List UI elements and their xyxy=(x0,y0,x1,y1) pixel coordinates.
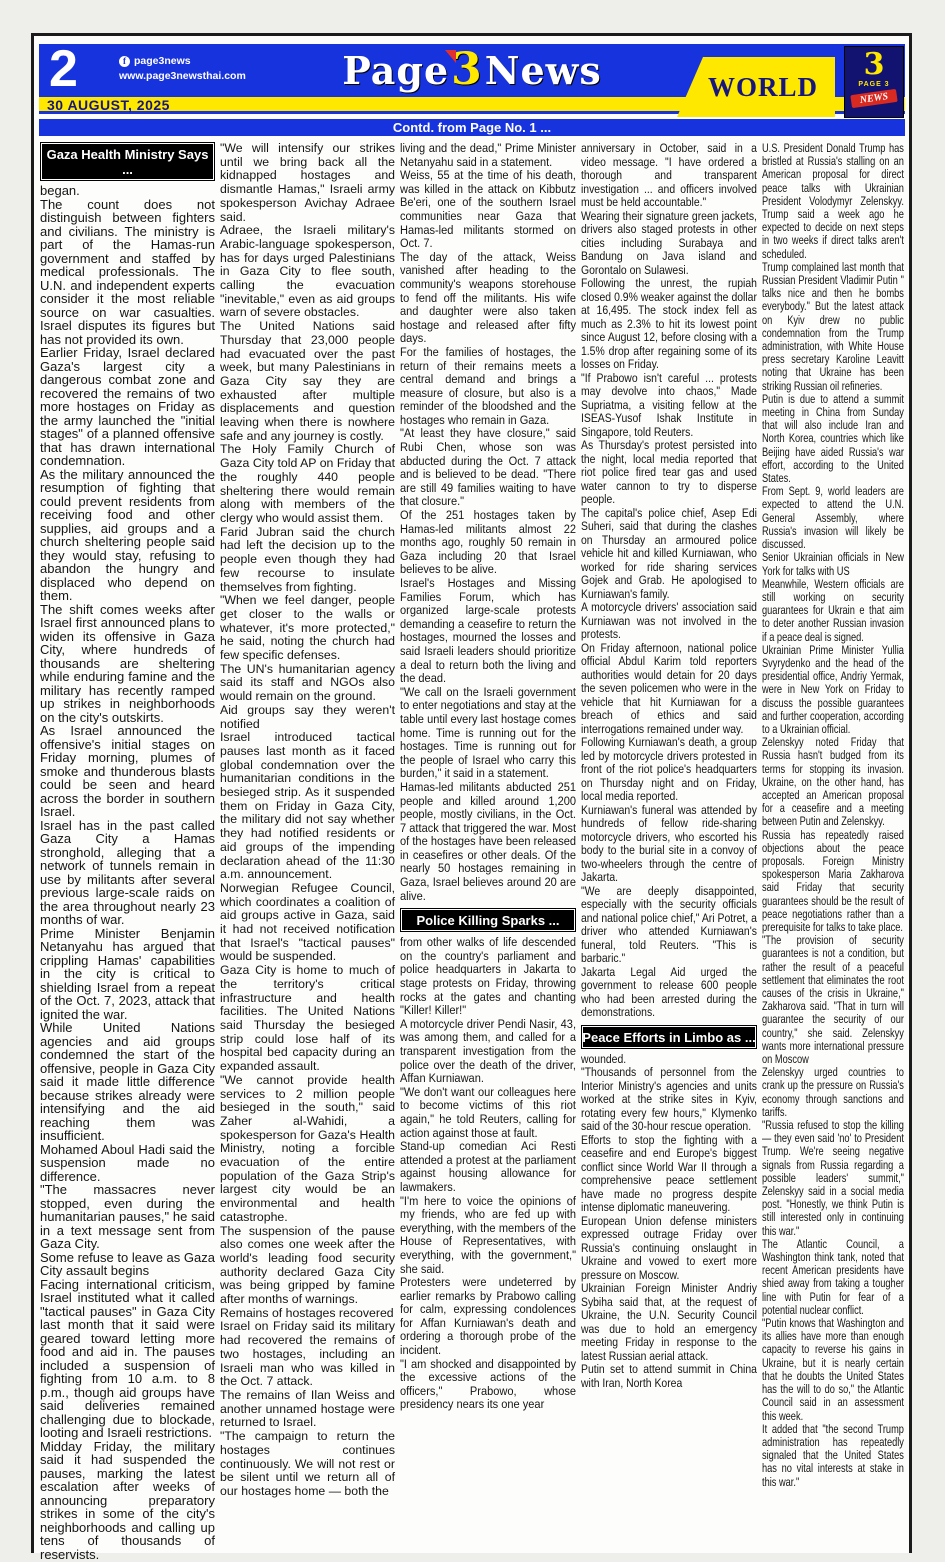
paragraph: Zelenskyy noted Friday that Russia hasn'… xyxy=(762,736,904,828)
masthead-number-3: 3 xyxy=(449,44,485,95)
paragraph: Following the unrest, the rupiah closed … xyxy=(581,277,757,372)
paragraph: Protesters were undeterred by earlier re… xyxy=(400,1276,576,1358)
column-4-body-top: anniversary in October, said in a video … xyxy=(581,142,757,1020)
paragraph: Senior Ukrainian officials in New York f… xyxy=(762,551,904,577)
section-label: WORLD xyxy=(694,72,818,103)
paragraph: As Thursday's protest persisted into the… xyxy=(581,439,757,507)
paragraph: European Union defense ministers express… xyxy=(581,1215,757,1283)
column-5-body: U.S. President Donald Trump has bristled… xyxy=(762,142,904,1489)
paragraph: Zelenskyy urged countries to crank up th… xyxy=(762,1066,904,1119)
paragraph: "The campaign to return the hostages con… xyxy=(220,1430,395,1499)
paragraph: From Sept. 9, world leaders are expected… xyxy=(762,485,904,551)
paragraph: Mohamed Aboul Hadi said the suspension m… xyxy=(40,1143,215,1184)
paragraph: "If Prabowo isn't careful ... protests m… xyxy=(581,372,757,440)
column-3-body-bottom: from other walks of life descended on th… xyxy=(400,936,576,1412)
logo-caption: PAGE 3 xyxy=(845,81,903,88)
paragraph: As the military announced the resumption… xyxy=(40,468,215,603)
paragraph: Some refuse to leave as Gaza City assaul… xyxy=(40,1251,215,1278)
column-4: anniversary in October, said in a video … xyxy=(581,142,757,1390)
paragraph: "The provision of security guarantees is… xyxy=(762,934,904,1066)
paragraph: "Putin knows that Washington and its all… xyxy=(762,1317,904,1423)
paragraph: Israel's Hostages and Missing Families F… xyxy=(400,577,576,686)
column-3: living and the dead," Prime Minister Net… xyxy=(400,142,576,1412)
paragraph: The day of the attack, Weiss vanished af… xyxy=(400,251,576,346)
paragraph: "Thousands of personnel from the Interio… xyxy=(581,1066,757,1134)
paragraph: Kurniawan's funeral was attended by hund… xyxy=(581,804,757,885)
article-columns: Gaza Health Ministry Says ... began.The … xyxy=(39,142,905,1531)
newspaper-page-frame: 2 f page3news www.page3newsthai.com Page… xyxy=(31,33,912,1531)
paragraph: The United Nations said Thursday that 23… xyxy=(220,320,395,443)
paragraph: A motorcycle drivers' association said K… xyxy=(581,601,757,642)
paragraph: Russia has repeatedly raised objections … xyxy=(762,829,904,935)
paragraph: Gaza City is home to much of the territo… xyxy=(220,964,395,1074)
paragraph: The suspension of the pause also comes o… xyxy=(220,1225,395,1307)
paragraph: wounded. xyxy=(581,1053,757,1067)
paragraph: Farid Jubran said the church had left th… xyxy=(220,526,395,595)
column-4-body-bottom: wounded."Thousands of personnel from the… xyxy=(581,1053,757,1391)
paragraph: "We call on the Israeli government to en… xyxy=(400,686,576,781)
paragraph: It added that "the second Trump administ… xyxy=(762,1423,904,1489)
masthead-part1: Page xyxy=(342,48,449,93)
column-1: Gaza Health Ministry Says ... began.The … xyxy=(40,142,215,1531)
column-2-body: "We will intensify our strikes until we … xyxy=(220,142,395,1499)
paragraph: Hamas-led militants abducted 251 people … xyxy=(400,781,576,903)
paragraph: The capital's police chief, Asep Edi Suh… xyxy=(581,507,757,602)
paragraph: As Israel announced the offensive's init… xyxy=(40,724,215,819)
paragraph: Adraee, the Israeli military's Arabic-la… xyxy=(220,224,395,320)
section-world-banner: WORLD xyxy=(677,57,835,117)
paragraph: Jakarta Legal Aid urged the government t… xyxy=(581,966,757,1020)
paragraph: While United Nations agencies and aid gr… xyxy=(40,1021,215,1143)
paragraph: Of the 251 hostages taken by Hamas-led m… xyxy=(400,509,576,577)
paragraph: "We are deeply disappointed, especially … xyxy=(581,885,757,966)
paragraph: Facing international criticism, Israel i… xyxy=(40,1278,215,1440)
paragraph: began. xyxy=(40,184,215,198)
paragraph: Prime Minister Benjamin Netanyahu has ar… xyxy=(40,927,215,1022)
paragraph: "I'm here to voice the opinions of my fr… xyxy=(400,1195,576,1277)
paragraph: Norwegian Refugee Council, which coordin… xyxy=(220,882,395,964)
paragraph: Israel on Friday said its military had r… xyxy=(220,1320,395,1389)
logo-number: 3 xyxy=(845,49,903,81)
paragraph: Following Kurniawan's death, a group led… xyxy=(581,736,757,804)
paragraph: The shift comes weeks after Israel first… xyxy=(40,603,215,725)
paragraph: The remains of Ilan Weiss and another un… xyxy=(220,1389,395,1430)
paragraph: The Holy Family Church of Gaza City told… xyxy=(220,443,395,525)
paragraph: Weiss, 55 at the time of his death, was … xyxy=(400,169,576,251)
column-2: "We will intensify our strikes until we … xyxy=(220,142,395,1499)
paragraph: For the families of hostages, the return… xyxy=(400,346,576,428)
paragraph: Israel has in the past called Gaza City … xyxy=(40,819,215,927)
paragraph: "We don't want our colleagues here to be… xyxy=(400,1086,576,1140)
paragraph: Aid groups say they weren't notified xyxy=(220,704,395,731)
paragraph: The Atlantic Council, a Washington think… xyxy=(762,1238,904,1317)
paragraph: Trump complained last month that Russian… xyxy=(762,261,904,393)
column-1-section-header: Gaza Health Ministry Says ... xyxy=(40,142,215,181)
paragraph: "I am shocked and disappointed by the ex… xyxy=(400,1358,576,1412)
column-1-body: began.The count does not distinguish bet… xyxy=(40,184,215,1531)
paragraph: from other walks of life descended on th… xyxy=(400,936,576,1018)
masthead-banner: 2 f page3news www.page3newsthai.com Page… xyxy=(39,44,905,97)
paragraph: Wearing their signature green jackets, d… xyxy=(581,210,757,278)
issue-date: 30 AUGUST, 2025 xyxy=(47,97,170,114)
column-4-section-header: Peace Efforts in Limbo as ... xyxy=(581,1025,757,1049)
paragraph: anniversary in October, said in a video … xyxy=(581,142,757,210)
paragraph: The UN's humanitarian agency said its st… xyxy=(220,663,395,704)
red-flag-icon xyxy=(445,50,456,63)
paragraph: A motorcycle driver Pendi Nasir, 43, was… xyxy=(400,1018,576,1086)
paragraph: Remains of hostages recovered xyxy=(220,1307,395,1321)
paragraph: The count does not distinguish between f… xyxy=(40,198,215,347)
paragraph: U.S. President Donald Trump has bristled… xyxy=(762,142,904,261)
paragraph: "At least they have closure," said Rubi … xyxy=(400,427,576,509)
masthead-part3: News xyxy=(485,48,602,93)
paragraph: "Russia refused to stop the killing — th… xyxy=(762,1119,904,1238)
paragraph: Midday Friday, the military said it had … xyxy=(40,1440,215,1532)
paragraph: "We will intensify our strikes until we … xyxy=(220,142,395,224)
paragraph: Earlier Friday, Israel declared Gaza's l… xyxy=(40,346,215,468)
paragraph: "We cannot provide health services to 2 … xyxy=(220,1074,395,1225)
logo-news-ribbon: NEWS xyxy=(850,89,897,108)
column-3-body-top: living and the dead," Prime Minister Net… xyxy=(400,142,576,903)
page3-logo-box: 3 PAGE 3 NEWS xyxy=(844,46,904,118)
continued-banner: Contd. from Page No. 1 ... xyxy=(39,119,905,136)
paragraph: "When we feel danger, people get closer … xyxy=(220,594,395,663)
paragraph: On Friday afternoon, national police off… xyxy=(581,642,757,737)
paragraph: Putin set to attend summit in China with… xyxy=(581,1363,757,1390)
paragraph: Ukrainian Prime Minister Yullia Svyryden… xyxy=(762,644,904,736)
paragraph: Efforts to stop the fighting with a ceas… xyxy=(581,1134,757,1215)
paragraph: Stand-up comedian Aci Resti attended a p… xyxy=(400,1140,576,1194)
column-5: U.S. President Donald Trump has bristled… xyxy=(762,142,904,1489)
paragraph: living and the dead," Prime Minister Net… xyxy=(400,142,576,169)
paragraph: Israel introduced tactical pauses last m… xyxy=(220,731,395,882)
paragraph: Putin is due to attend a summit meeting … xyxy=(762,393,904,485)
paragraph: Meanwhile, Western officials are still w… xyxy=(762,578,904,644)
column-3-section-header: Police Killing Sparks ... xyxy=(400,908,576,932)
paragraph: Ukrainian Foreign Minister Andriy Sybiha… xyxy=(581,1282,757,1363)
paragraph: "The massacres never stopped, even durin… xyxy=(40,1183,215,1251)
